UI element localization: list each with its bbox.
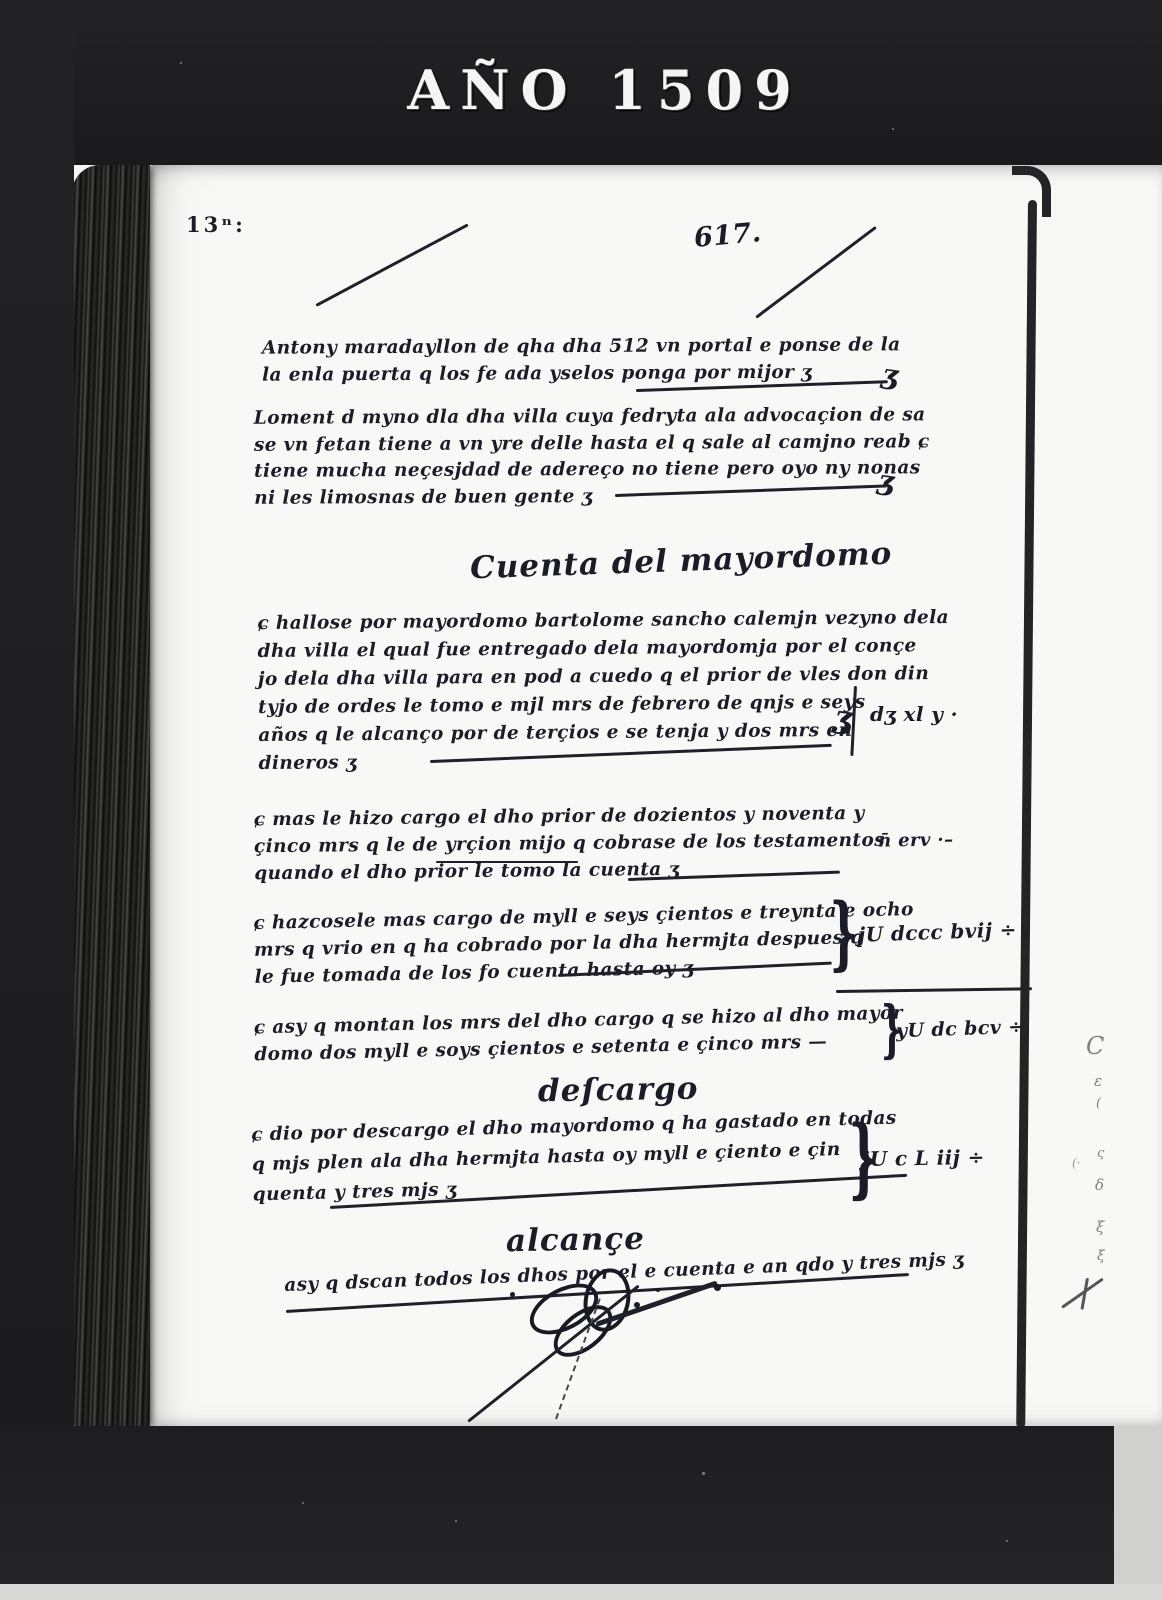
ink-dot [656, 1288, 660, 1292]
ink-dot [634, 1302, 640, 1308]
book-spine-edges [72, 165, 150, 1428]
year-banner-title: AÑO 1509 [55, 58, 1155, 122]
paragraph-descargo: ɕ dio por descargo el dho mayordomo q ha… [251, 1108, 899, 1215]
bleed-glyph: (· [1072, 1156, 1081, 1170]
bottom-black-band [0, 1426, 1114, 1584]
dust-speck [455, 1520, 457, 1522]
bleed-glyph: ξ [1097, 1248, 1105, 1264]
manuscript-line: la enla puerta q los fe ada yselos ponga… [262, 361, 901, 391]
dust-speck [302, 1502, 304, 1504]
ink-dot [714, 1284, 721, 1291]
margin-amount: dʒ xl y · [870, 702, 958, 726]
bleed-glyph: ς [1097, 1146, 1104, 1161]
paragraph-villa-entry: Loment d myno dla dha villa cuya fedryta… [254, 404, 930, 514]
margin-amount: jU c L iij ÷ [862, 1145, 985, 1171]
heading-descargo: deſcargo [538, 1071, 699, 1110]
margin-brace: } [830, 896, 858, 970]
underline [436, 861, 578, 863]
folio-number: 617. [693, 217, 763, 254]
heading-alcance: alcançe [506, 1221, 646, 1259]
left-black-band [0, 0, 74, 1584]
bleed-glyph: ξ [1096, 1218, 1104, 1236]
paragraph-cargo-testamentos: ɕ mas le hizo cargo el dho prior de dozi… [254, 803, 886, 891]
dust-speck [180, 62, 182, 64]
dust-speck [1006, 1540, 1008, 1542]
margin-amount: n̄ erv ·– [878, 829, 954, 851]
bleed-glyph: ε [1094, 1072, 1102, 1090]
manuscript-line: se vn fetan tiene a vn yre delle hasta e… [254, 431, 930, 461]
scan-right-strip [1114, 1426, 1162, 1600]
dust-speck [702, 1472, 705, 1475]
archive-mark: 13ⁿ: [186, 212, 246, 237]
scan-bottom-strip [0, 1584, 1162, 1600]
manuscript-line: Loment d myno dla dha villa cuya fedryta… [254, 404, 930, 434]
manuscript-line: Antony maradayllon de qha dha 512 vn por… [262, 334, 901, 364]
bleed-glyph: δ [1095, 1176, 1104, 1194]
bleed-glyph: C [1086, 1032, 1104, 1060]
paragraph-cargo-hermita: ɕ hazcosele mas cargo de myll e seys çie… [253, 899, 915, 994]
dust-speck [892, 128, 894, 130]
ink-dot [510, 1292, 515, 1297]
bleed-glyph: ( [1096, 1096, 1101, 1111]
scanned-manuscript-photo: AÑO 1509 13ⁿ: 617. Antony maradayllon de… [0, 0, 1162, 1600]
margin-amount: yU dc bcv ÷ [896, 1016, 1025, 1042]
manuscript-line: tiene mucha neçesjdad de adereço no tien… [254, 457, 930, 487]
